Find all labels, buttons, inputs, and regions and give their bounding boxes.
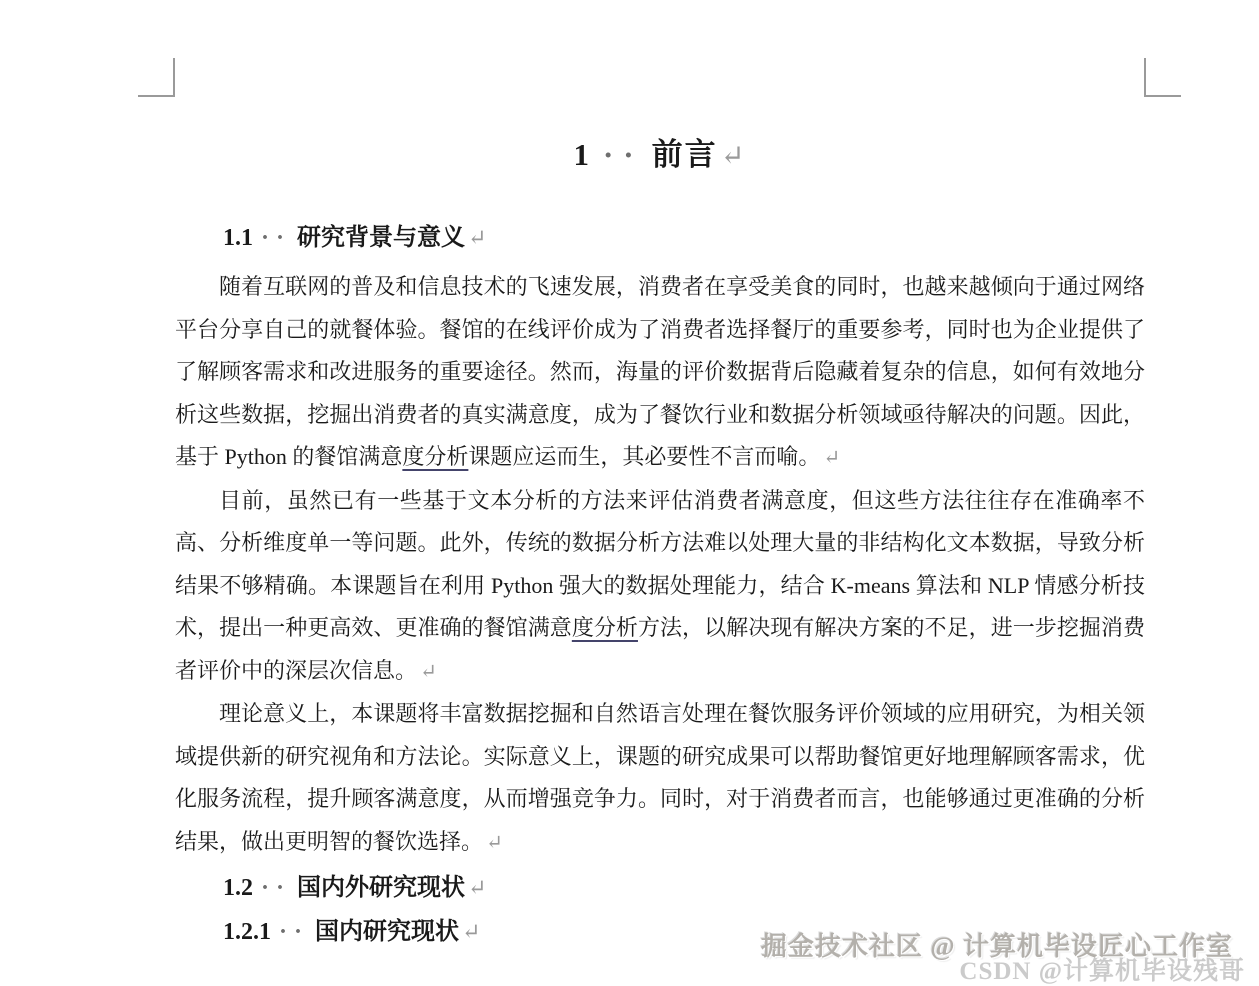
section-heading-1-1: 1.1··研究背景与意义↵ [175,218,1145,258]
section-number: 1.1 [223,225,253,251]
pilcrow-mark-icon: ↵ [465,875,487,900]
paragraph-current-methods: 目前，虽然已有一些基于文本分析的方法来评估消费者满意度，但这些方法往往存在准确率… [175,480,1145,694]
section-heading-1-2-1: 1.2.1··国内研究现状↵ [175,912,1145,952]
chapter-title: 1··前言↵ [175,132,1145,180]
pilcrow-mark-icon: ↵ [417,661,437,683]
paragraph-background-significance: 随着互联网的普及和信息技术的飞速发展，消费者在享受美食的同时，也越来越倾向于通过… [175,266,1145,480]
paragraph-text: 随着互联网的普及和信息技术的飞速发展，消费者在享受美食的同时，也越来越倾向于通过… [175,274,1145,469]
pilcrow-mark-icon: ↵ [459,919,481,944]
chapter-number: 1 [573,137,591,172]
section-number: 1.2.1 [223,919,271,945]
space-format-marks: ·· [253,225,297,251]
text-column: 1··前言↵ 1.1··研究背景与意义↵ 随着互联网的普及和信息技术的飞速发展，… [175,0,1145,952]
pilcrow-mark-icon: ↵ [820,447,840,469]
chapter-title-text: 前言 [652,137,718,172]
pilcrow-mark-icon: ↵ [483,832,503,854]
section-heading-1-2: 1.2··国内外研究现状↵ [175,868,1145,908]
underlined-text: 度分析 [402,444,468,469]
space-format-marks: ·· [591,137,652,172]
paragraph-text: 课题应运而生，其必要性不言而喻。 [468,444,820,469]
document-page: 1··前言↵ 1.1··研究背景与意义↵ 随着互联网的普及和信息技术的飞速发展，… [0,0,1259,986]
crop-mark-top-right [1144,58,1181,97]
pilcrow-mark-icon: ↵ [718,141,747,172]
space-format-marks: ·· [271,919,315,945]
crop-mark-top-left [138,58,175,97]
underlined-text: 度分析 [572,615,638,640]
paragraph-significance: 理论意义上，本课题将丰富数据挖掘和自然语言处理在餐饮服务评价领域的应用研究，为相… [175,693,1145,864]
section-heading-text: 研究背景与意义 [297,225,465,251]
pilcrow-mark-icon: ↵ [465,225,487,250]
space-format-marks: ·· [253,875,297,901]
section-heading-text: 国内外研究现状 [297,875,465,901]
section-number: 1.2 [223,875,253,901]
section-heading-text: 国内研究现状 [315,919,459,945]
watermark-csdn: CSDN @计算机毕设残哥 [959,951,1245,986]
paragraph-text: 理论意义上，本课题将丰富数据挖掘和自然语言处理在餐饮服务评价领域的应用研究，为相… [175,701,1145,854]
